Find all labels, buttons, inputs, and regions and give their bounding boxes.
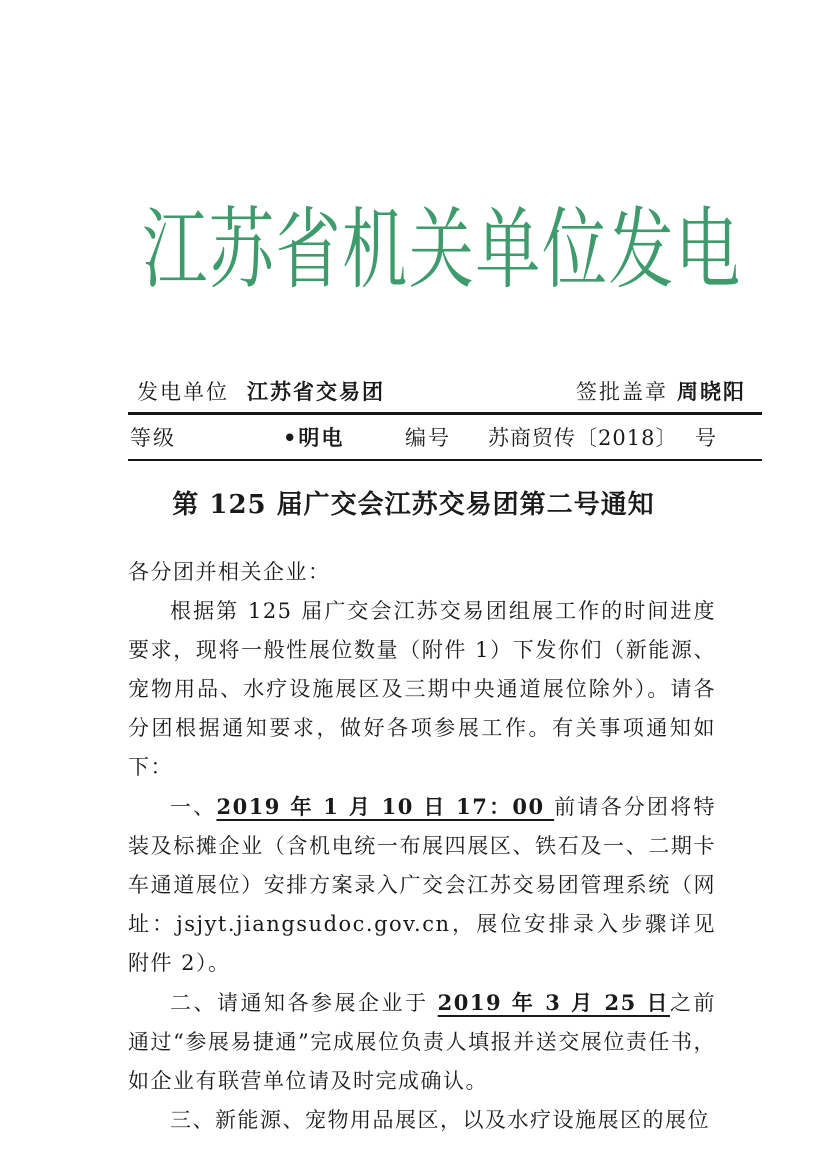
body-text-segment: 根据第 125 届广交会江苏交易团组展工作的时间进度要求，现将一般性展位数量（附… xyxy=(128,599,716,779)
body-paragraph: 一、2019 年 1 月 10 日 17：00 前请各分团将特装及标摊企业（含机… xyxy=(128,787,716,983)
doc-number-suffix: 号 xyxy=(695,422,718,452)
document-body: 各分团并相关企业：根据第 125 届广交会江苏交易团组展工作的时间进度要求，现将… xyxy=(128,553,716,1140)
body-text-segment: 前请各分团将特装及标摊企业（含机电统一布展四展区、铁石及一、二期卡车通道展位）安… xyxy=(128,795,716,975)
body-text-segment: 三、新能源、宠物用品展区，以及水疗设施展区的展位 xyxy=(170,1108,710,1132)
info-table: 发电单位 江苏省交易团 签批盖章 周晓阳 等级 •明电 编号 苏商贸传〔2018… xyxy=(128,369,762,461)
document-page: 江苏省机关单位发电 发电单位 江苏省交易团 签批盖章 周晓阳 等级 •明电 编号… xyxy=(0,0,827,1169)
body-text-segment: 各分团并相关企业： xyxy=(128,560,331,584)
emphasized-deadline: 2019 年 3 月 25 日 xyxy=(438,990,670,1015)
doc-number-label: 编号 xyxy=(405,422,451,452)
emphasized-deadline: 2019 年 1 月 10 日 17：00 xyxy=(216,794,554,819)
seal-value: 周晓阳 xyxy=(677,376,746,406)
body-paragraph: 根据第 125 届广交会江苏交易团组展工作的时间进度要求，现将一般性展位数量（附… xyxy=(128,592,716,787)
body-text-segment: 一、 xyxy=(170,795,216,819)
sender-unit-value: 江苏省交易团 xyxy=(247,376,385,406)
info-table-row-sender: 发电单位 江苏省交易团 签批盖章 周晓阳 xyxy=(128,369,762,415)
body-text-segment: 二、请通知各参展企业于 xyxy=(170,991,438,1015)
doc-number-value: 苏商贸传〔2018〕 xyxy=(488,422,677,452)
body-paragraph: 三、新能源、宠物用品展区，以及水疗设施展区的展位 xyxy=(128,1101,716,1140)
document-title: 第 125 届广交会江苏交易团第二号通知 xyxy=(0,484,827,521)
seal-label: 签批盖章 xyxy=(576,376,668,406)
sender-unit-label: 发电单位 xyxy=(137,376,229,406)
grade-value: •明电 xyxy=(283,422,344,452)
body-paragraph: 各分团并相关企业： xyxy=(128,553,716,592)
telegram-title: 江苏省机关单位发电 xyxy=(142,198,741,302)
grade-label: 等级 xyxy=(130,422,176,452)
body-paragraph: 二、请通知各参展企业于 2019 年 3 月 25 日之前通过“参展易捷通”完成… xyxy=(128,983,716,1101)
info-table-row-grade: 等级 •明电 编号 苏商贸传〔2018〕 号 xyxy=(128,415,762,461)
telegram-header: 江苏省机关单位发电 xyxy=(0,198,827,302)
